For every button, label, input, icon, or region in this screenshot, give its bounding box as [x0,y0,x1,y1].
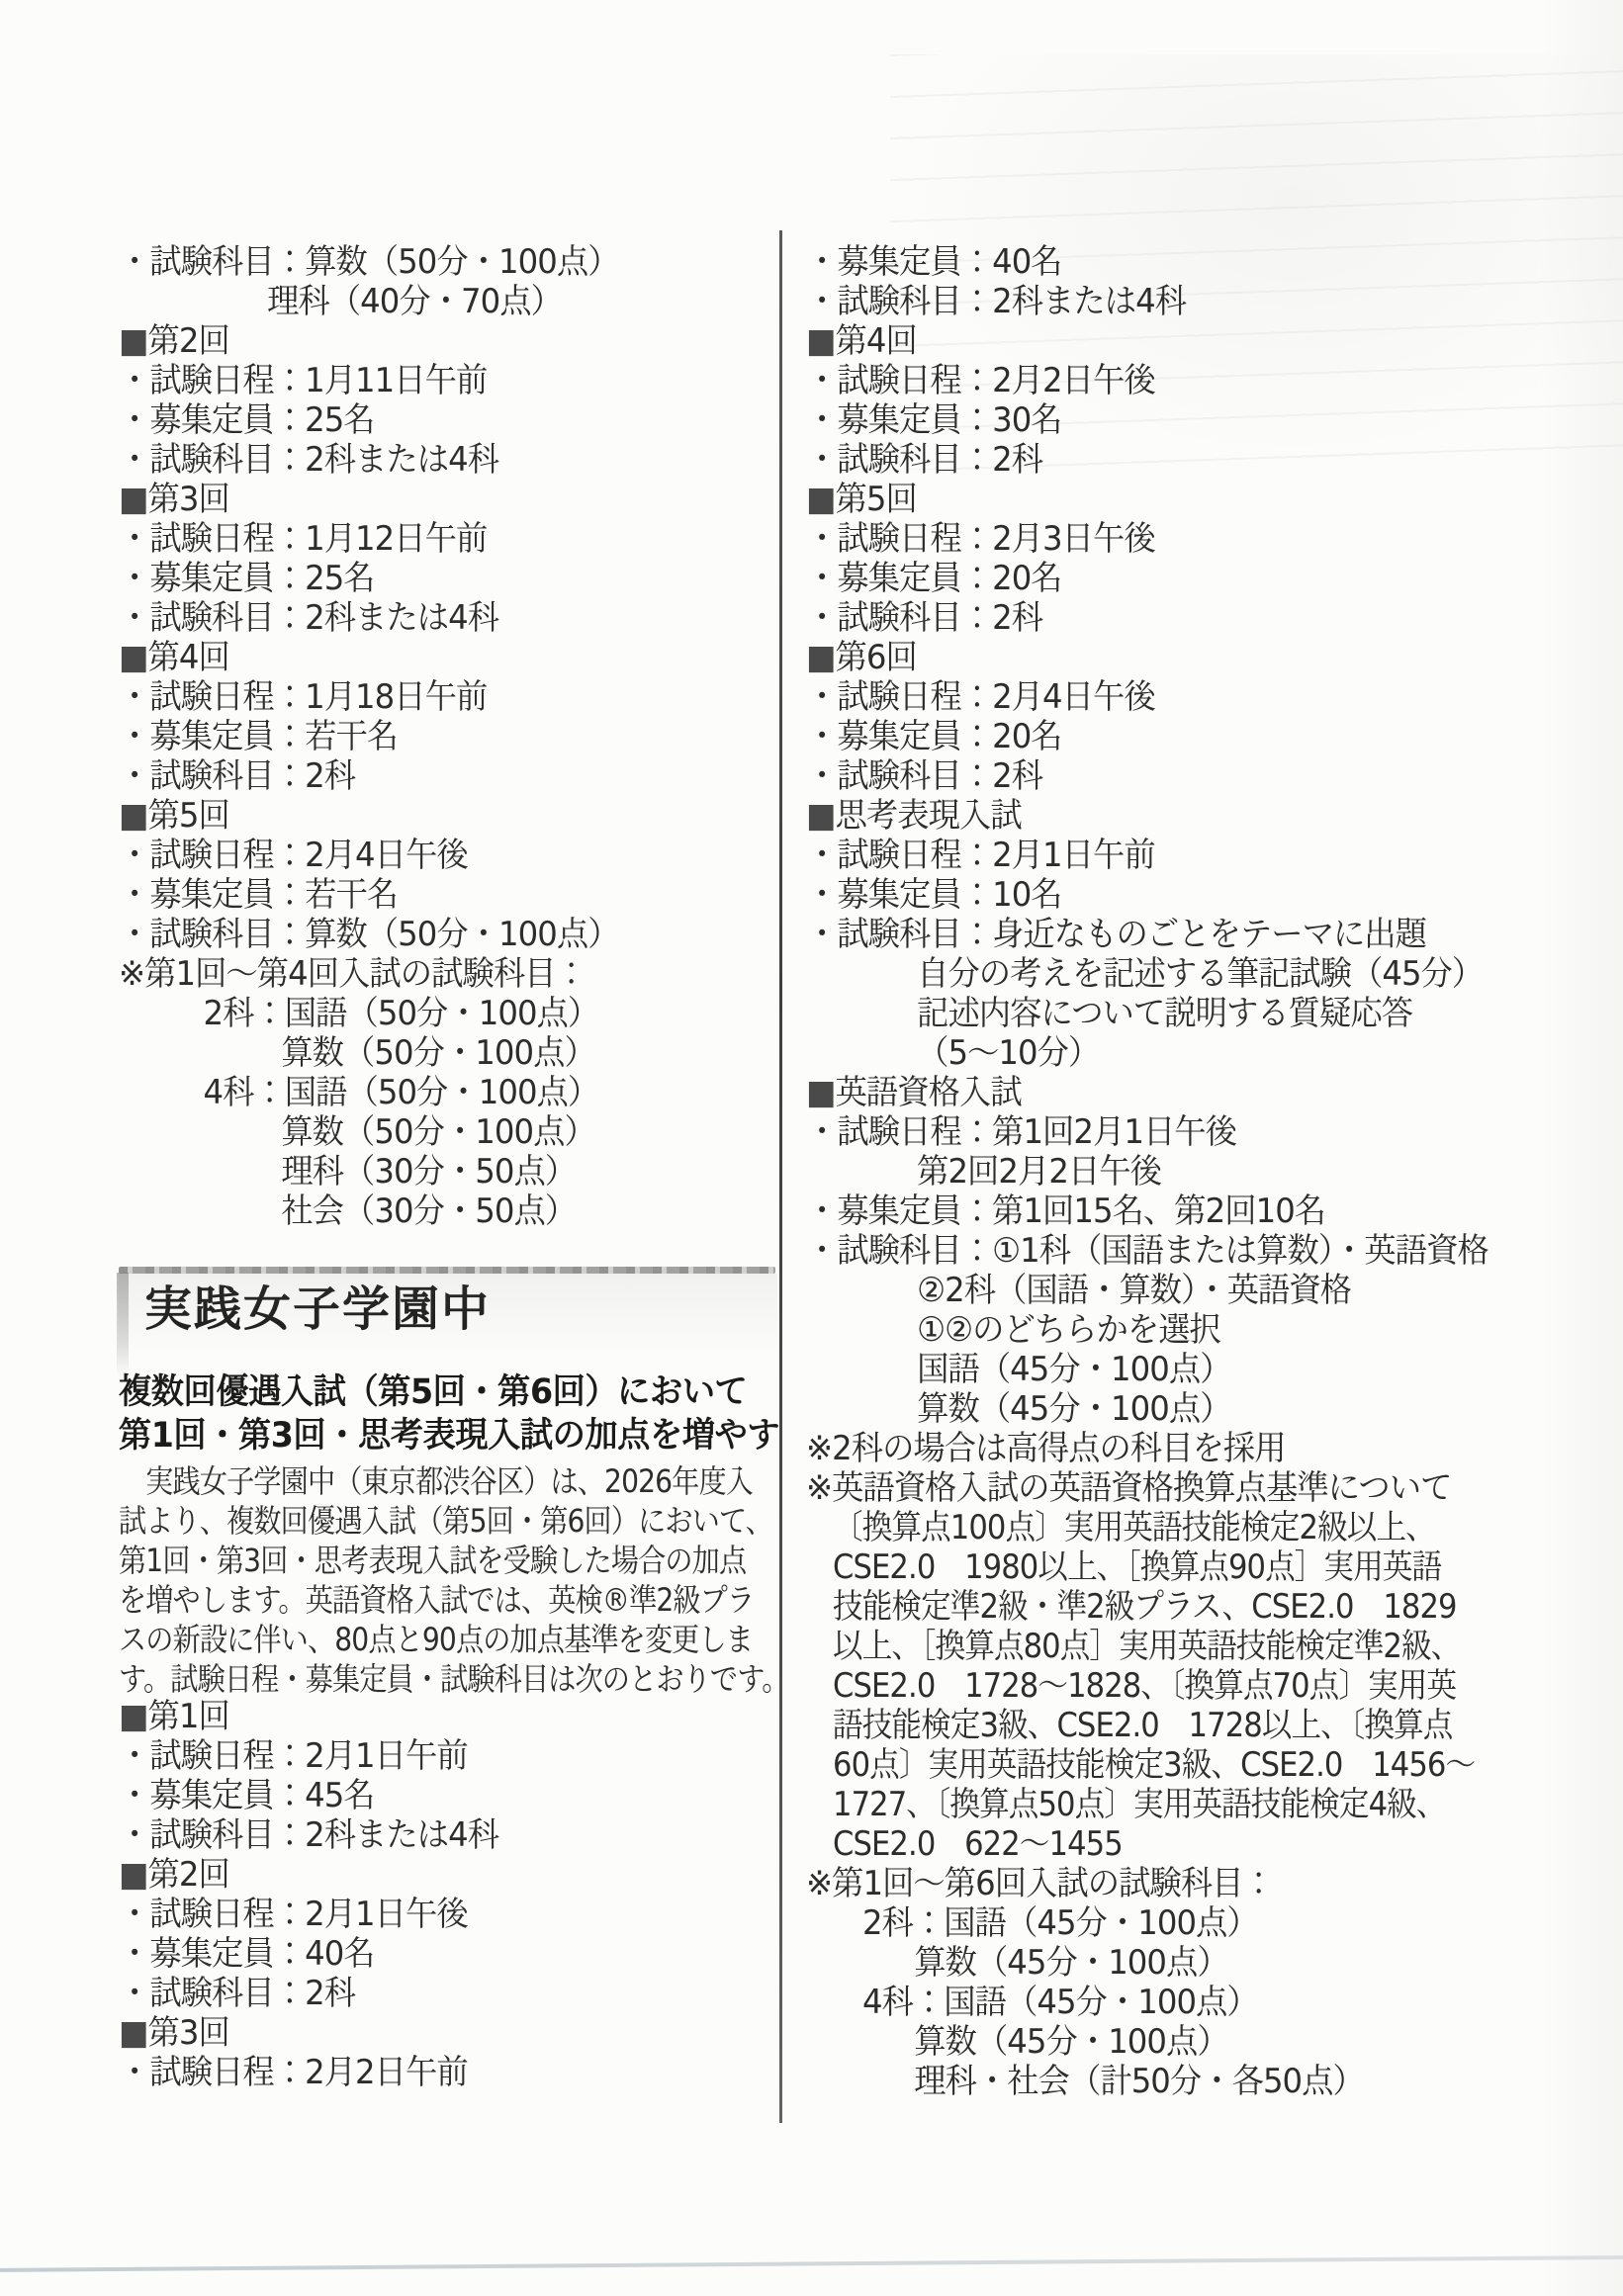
text-line: ・試験日程：第1回2月1日午後 [806,1112,1479,1152]
text-line: ・試験科目：2科または4科 [119,1815,749,1855]
text-line: 60点〕実用英語技能検定3級、CSE2.0 1456～ [806,1745,1443,1785]
text-line: ・試験科目：2科または4科 [119,440,749,480]
text-line: ・試験日程：2月4日午後 [806,677,1479,717]
scan-line-artifact [0,2255,1623,2272]
gray-left-strip-artifact [117,1273,129,1377]
scanned-document-page: ・試験科目：算数（50分・100点）理科（40分・70点）■第2回・試験日程：1… [0,0,1623,2296]
text-line: 理科（30分・50点） [119,1152,749,1192]
body-line: す。試験日程・募集定員・試験科目は次のとおりです。 [119,1659,707,1699]
text-line: ■第3回 [119,480,749,519]
text-line: ■第5回 [119,796,749,836]
text-line: 社会（30分・50点） [119,1192,749,1231]
text-line: ・試験日程：2月3日午後 [806,519,1479,559]
text-line: 記述内容について説明する質疑応答 [806,994,1479,1033]
text-line: 2科：国語（45分・100点） [806,1903,1479,1943]
text-line: 語技能検定3級、CSE2.0 1728以上、〔換算点 [806,1706,1443,1745]
text-line: ・試験日程：1月11日午前 [119,361,749,400]
text-line: ・試験科目：①1科（国語または算数）・英語資格 [806,1231,1479,1271]
exam-schedule-list-left-top: ・試験科目：算数（50分・100点）理科（40分・70点）■第2回・試験日程：1… [119,242,781,1231]
text-line: 〔換算点100点〕実用英語技能検定2級以上、 [806,1508,1443,1547]
text-line: ※第1回～第6回入試の試験科目： [806,1864,1479,1903]
body-line: スの新設に伴い、80点と90点の加点基準を変更しま [119,1620,707,1659]
text-line: ・募集定員：30名 [806,400,1479,440]
school-name-heading: 実践女子学園中 [144,1282,491,1337]
text-line: （5～10分） [806,1033,1479,1073]
text-line: 算数（45分・100点） [806,1389,1479,1429]
text-line: ※第1回～第4回入試の試験科目： [119,954,749,994]
text-line: ②2科（国語・算数）・英語資格 [806,1271,1479,1310]
text-line: 以上、［換算点80点］実用英語技能検定準2級、 [806,1627,1443,1666]
text-line: ・試験科目：算数（50分・100点） [119,915,749,954]
body-line: 試より、複数回優遇入試（第5回・第6回）において、 [119,1501,707,1541]
text-line: ・試験日程：1月12日午前 [119,519,749,559]
text-line: ・試験科目：2科 [119,1974,749,2013]
text-line: ■思考表現入試 [806,796,1479,836]
text-line: 1727、〔換算点50点〕実用英語技能検定4級、 [806,1785,1443,1824]
text-line: 技能検定準2級・準2級プラス、CSE2.0 1829 [806,1587,1443,1627]
body-line: を増やします。英語資格入試では、英検®準2級プラ [119,1580,707,1620]
headline-line: 第1回・第3回・思考表現入試の加点を増やす [119,1414,779,1457]
exam-schedule-list-right: ・募集定員：40名・試験科目：2科または4科■第4回・試験日程：2月2日午後・募… [806,242,1514,2101]
text-line: ・募集定員：第1回15名、第2回10名 [806,1192,1479,1231]
text-line: ・募集定員：10名 [806,875,1479,915]
text-line: ・試験日程：2月4日午後 [119,836,749,875]
text-line: ・募集定員：25名 [119,559,749,598]
text-line: ※英語資格入試の英語資格換算点基準について [806,1468,1479,1508]
text-line: ■第4回 [119,638,749,677]
text-line: ・試験科目：2科または4科 [806,282,1479,321]
text-line: ■英語資格入試 [806,1073,1479,1112]
text-line: CSE2.0 622～1455 [806,1824,1443,1864]
text-line: CSE2.0 1728～1828、〔換算点70点〕実用英 [806,1666,1443,1706]
text-line: ・募集定員：40名 [119,1934,749,1974]
text-line: 自分の考えを記述する筆記試験（45分） [806,954,1479,994]
text-line: ・募集定員：45名 [119,1776,749,1815]
text-line: ・募集定員：25名 [119,400,749,440]
text-line: 4科：国語（50分・100点） [119,1073,749,1112]
article-body-paragraph: 実践女子学園中（東京都渋谷区）は、2026年度入試より、複数回優遇入試（第5回・… [119,1461,787,1699]
text-line: ■第2回 [119,321,749,361]
text-line: ・試験日程：2月1日午前 [119,1736,749,1776]
text-line: 理科・社会（計50分・各50点） [806,2062,1479,2101]
text-line: ・試験科目：2科 [806,756,1479,796]
text-line: 第2回2月2日午後 [806,1152,1479,1192]
text-line: ・試験科目：2科 [806,598,1479,638]
text-line: 国語（45分・100点） [806,1350,1479,1389]
text-line: ■第6回 [806,638,1479,677]
text-line: ■第3回 [119,2013,749,2053]
text-line: 2科：国語（50分・100点） [119,994,749,1033]
article-headline: 複数回優遇入試（第5回・第6回）において第1回・第3回・思考表現入試の加点を増や… [119,1370,814,1457]
body-line: 第1回・第3回・思考表現入試を受験した場合の加点 [119,1541,707,1580]
text-line: ・試験科目：2科 [806,440,1479,480]
text-line: ・試験科目：2科 [119,756,749,796]
text-line: ■第2回 [119,1855,749,1895]
text-line: ・募集定員：40名 [806,242,1479,282]
text-line: ・試験日程：2月2日午前 [119,2053,749,2092]
text-line: ・試験日程：2月1日午後 [119,1895,749,1934]
text-line: ・募集定員：若干名 [119,717,749,756]
text-line: ・試験日程：2月2日午後 [806,361,1479,400]
text-line: CSE2.0 1980以上、［換算点90点］実用英語 [806,1547,1443,1587]
scan-edge-artifact [1538,0,1623,2296]
text-line: ・募集定員：20名 [806,559,1479,598]
text-line: ■第4回 [806,321,1479,361]
headline-line: 複数回優遇入試（第5回・第6回）において [119,1370,779,1414]
text-line: 算数（50分・100点） [119,1033,749,1073]
text-line: ・試験日程：1月18日午前 [119,677,749,717]
gray-rule-artifact [119,1267,775,1274]
text-line: ・試験科目：2科または4科 [119,598,749,638]
body-line: 実践女子学園中（東京都渋谷区）は、2026年度入 [119,1461,707,1501]
text-line: 4科：国語（45分・100点） [806,1983,1479,2022]
text-line: 算数（45分・100点） [806,2022,1479,2062]
text-line: ①②のどちらかを選択 [806,1310,1479,1350]
exam-schedule-list-left-bottom: ■第1回・試験日程：2月1日午前・募集定員：45名・試験科目：2科または4科■第… [119,1697,781,2092]
text-line: ・募集定員：20名 [806,717,1479,756]
text-line: ※2科の場合は高得点の科目を採用 [806,1429,1479,1468]
text-line: ・試験科目：算数（50分・100点） [119,242,749,282]
text-line: ・試験科目：身近なものごとをテーマに出題 [806,915,1479,954]
text-line: 算数（50分・100点） [119,1112,749,1152]
text-line: 算数（45分・100点） [806,1943,1479,1983]
text-line: ■第1回 [119,1697,749,1736]
text-line: 理科（40分・70点） [119,282,749,321]
text-line: ・試験日程：2月1日午前 [806,836,1479,875]
text-line: ■第5回 [806,480,1479,519]
text-line: ・募集定員：若干名 [119,875,749,915]
